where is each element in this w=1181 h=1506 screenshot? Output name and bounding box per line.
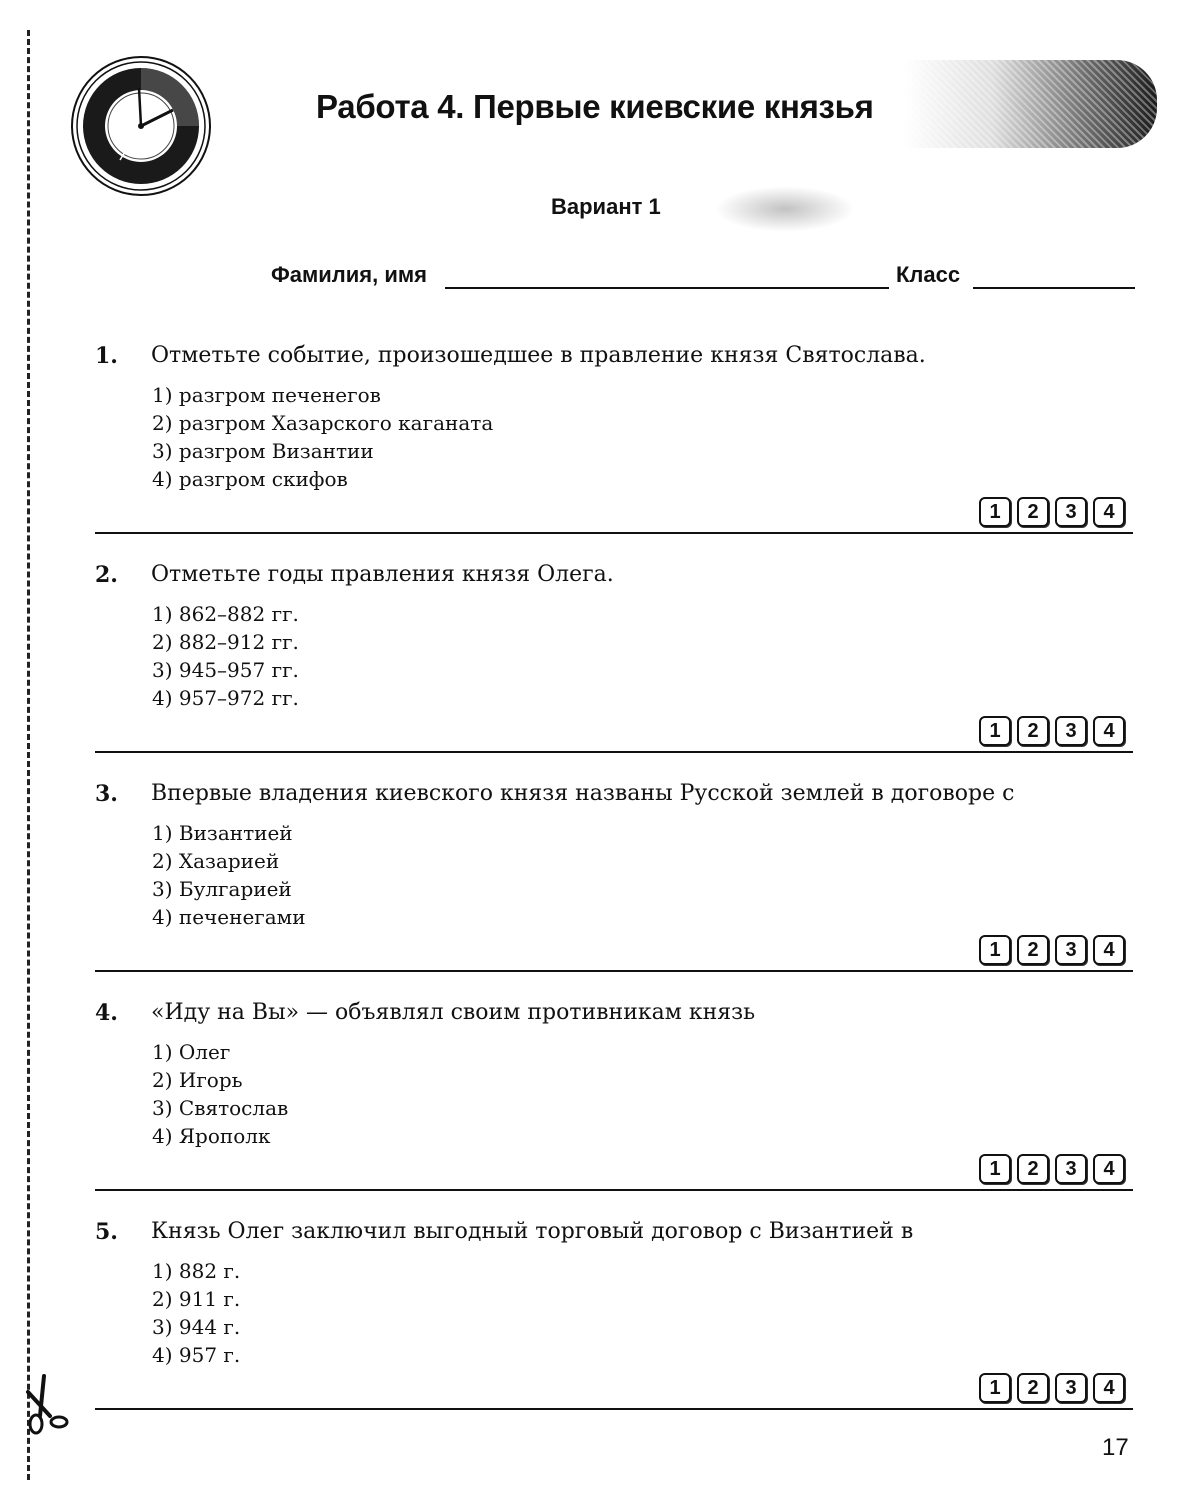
question-number: 3. [95,781,118,807]
question-text: Князь Олег заключил выгодный торговый до… [151,1219,913,1244]
option: 2) Игорь [152,1066,288,1094]
separator [95,1189,1133,1191]
option: 1) Олег [152,1038,288,1066]
answer-box-3[interactable]: 3 [1055,1154,1087,1184]
question-4: 4. «Иду на Вы» — объявлял своим противни… [95,1000,1135,1192]
answer-box-1[interactable]: 1 [979,935,1011,965]
name-label: Фамилия, имя [271,262,427,288]
answer-box-4[interactable]: 4 [1093,1373,1125,1403]
option: 3) 945–957 гг. [152,656,299,684]
answer-box-4[interactable]: 4 [1093,1154,1125,1184]
question-text: «Иду на Вы» — объявлял своим противникам… [151,1000,755,1025]
separator [95,532,1133,534]
answer-box-2[interactable]: 2 [1017,497,1049,527]
answer-box-3[interactable]: 3 [1055,1373,1087,1403]
answer-box-3[interactable]: 3 [1055,935,1087,965]
name-field[interactable] [445,287,889,289]
option: 3) разгром Византии [152,437,493,465]
option: 2) Хазарией [152,847,306,875]
class-label: Класс [896,262,960,288]
option: 4) печенегами [152,903,306,931]
question-text: Отметьте событие, произошедшее в правлен… [151,343,926,368]
answer-box-1[interactable]: 1 [979,716,1011,746]
option: 4) 957–972 гг. [152,684,299,712]
option: 1) разгром печенегов [152,381,493,409]
variant-label: Вариант 1 [551,194,661,220]
answer-boxes: 1 2 3 4 [979,716,1125,746]
answer-box-2[interactable]: 2 [1017,935,1049,965]
answer-boxes: 1 2 3 4 [979,935,1125,965]
separator [95,1408,1133,1410]
answer-box-2[interactable]: 2 [1017,1154,1049,1184]
answer-box-4[interactable]: 4 [1093,497,1125,527]
answer-box-1[interactable]: 1 [979,1373,1011,1403]
answer-boxes: 1 2 3 4 [979,497,1125,527]
option: 2) 882–912 гг. [152,628,299,656]
answer-box-1[interactable]: 1 [979,497,1011,527]
question-number: 4. [95,1000,118,1026]
option: 2) разгром Хазарского каганата [152,409,493,437]
answer-box-2[interactable]: 2 [1017,716,1049,746]
option: 1) 882 г. [152,1257,240,1285]
question-number: 1. [95,343,118,369]
variant-decoration [715,186,855,232]
answer-boxes: 1 2 3 4 [979,1154,1125,1184]
option: 4) разгром скифов [152,465,493,493]
page-number: 17 [1102,1434,1129,1462]
question-text: Отметьте годы правления князя Олега. [151,562,614,587]
answer-box-3[interactable]: 3 [1055,497,1087,527]
answer-box-4[interactable]: 4 [1093,935,1125,965]
question-text: Впервые владения киевского князя названы… [151,781,1014,806]
question-1: 1. Отметьте событие, произошедшее в прав… [95,343,1135,535]
options-list: 1) Олег 2) Игорь 3) Святослав 4) Ярополк [152,1038,288,1150]
answer-box-1[interactable]: 1 [979,1154,1011,1184]
cut-line [27,30,30,1480]
title-banner-decoration [905,60,1157,148]
option: 1) Византией [152,819,306,847]
separator [95,970,1133,972]
option: 2) 911 г. [152,1285,240,1313]
options-list: 1) разгром печенегов 2) разгром Хазарско… [152,381,493,493]
class-field[interactable] [973,287,1135,289]
answer-box-3[interactable]: 3 [1055,716,1087,746]
question-3: 3. Впервые владения киевского князя назв… [95,781,1135,973]
option: 3) Булгарией [152,875,306,903]
question-number: 5. [95,1219,118,1245]
question-number: 2. [95,562,118,588]
options-list: 1) 862–882 гг. 2) 882–912 гг. 3) 945–957… [152,600,299,712]
option: 1) 862–882 гг. [152,600,299,628]
page-title: Работа 4. Первые киевские князья [316,88,874,126]
options-list: 1) Византией 2) Хазарией 3) Булгарией 4)… [152,819,306,931]
option: 3) Святослав [152,1094,288,1122]
separator [95,751,1133,753]
answer-box-2[interactable]: 2 [1017,1373,1049,1403]
question-5: 5. Князь Олег заключил выгодный торговый… [95,1219,1135,1411]
answer-boxes: 1 2 3 4 [979,1373,1125,1403]
option: 4) 957 г. [152,1341,240,1369]
scissors-icon [24,1372,74,1436]
options-list: 1) 882 г. 2) 911 г. 3) 944 г. 4) 957 г. [152,1257,240,1369]
option: 4) Ярополк [152,1122,288,1150]
option: 3) 944 г. [152,1313,240,1341]
question-2: 2. Отметьте годы правления князя Олега. … [95,562,1135,754]
clock-icon [70,55,212,197]
answer-box-4[interactable]: 4 [1093,716,1125,746]
